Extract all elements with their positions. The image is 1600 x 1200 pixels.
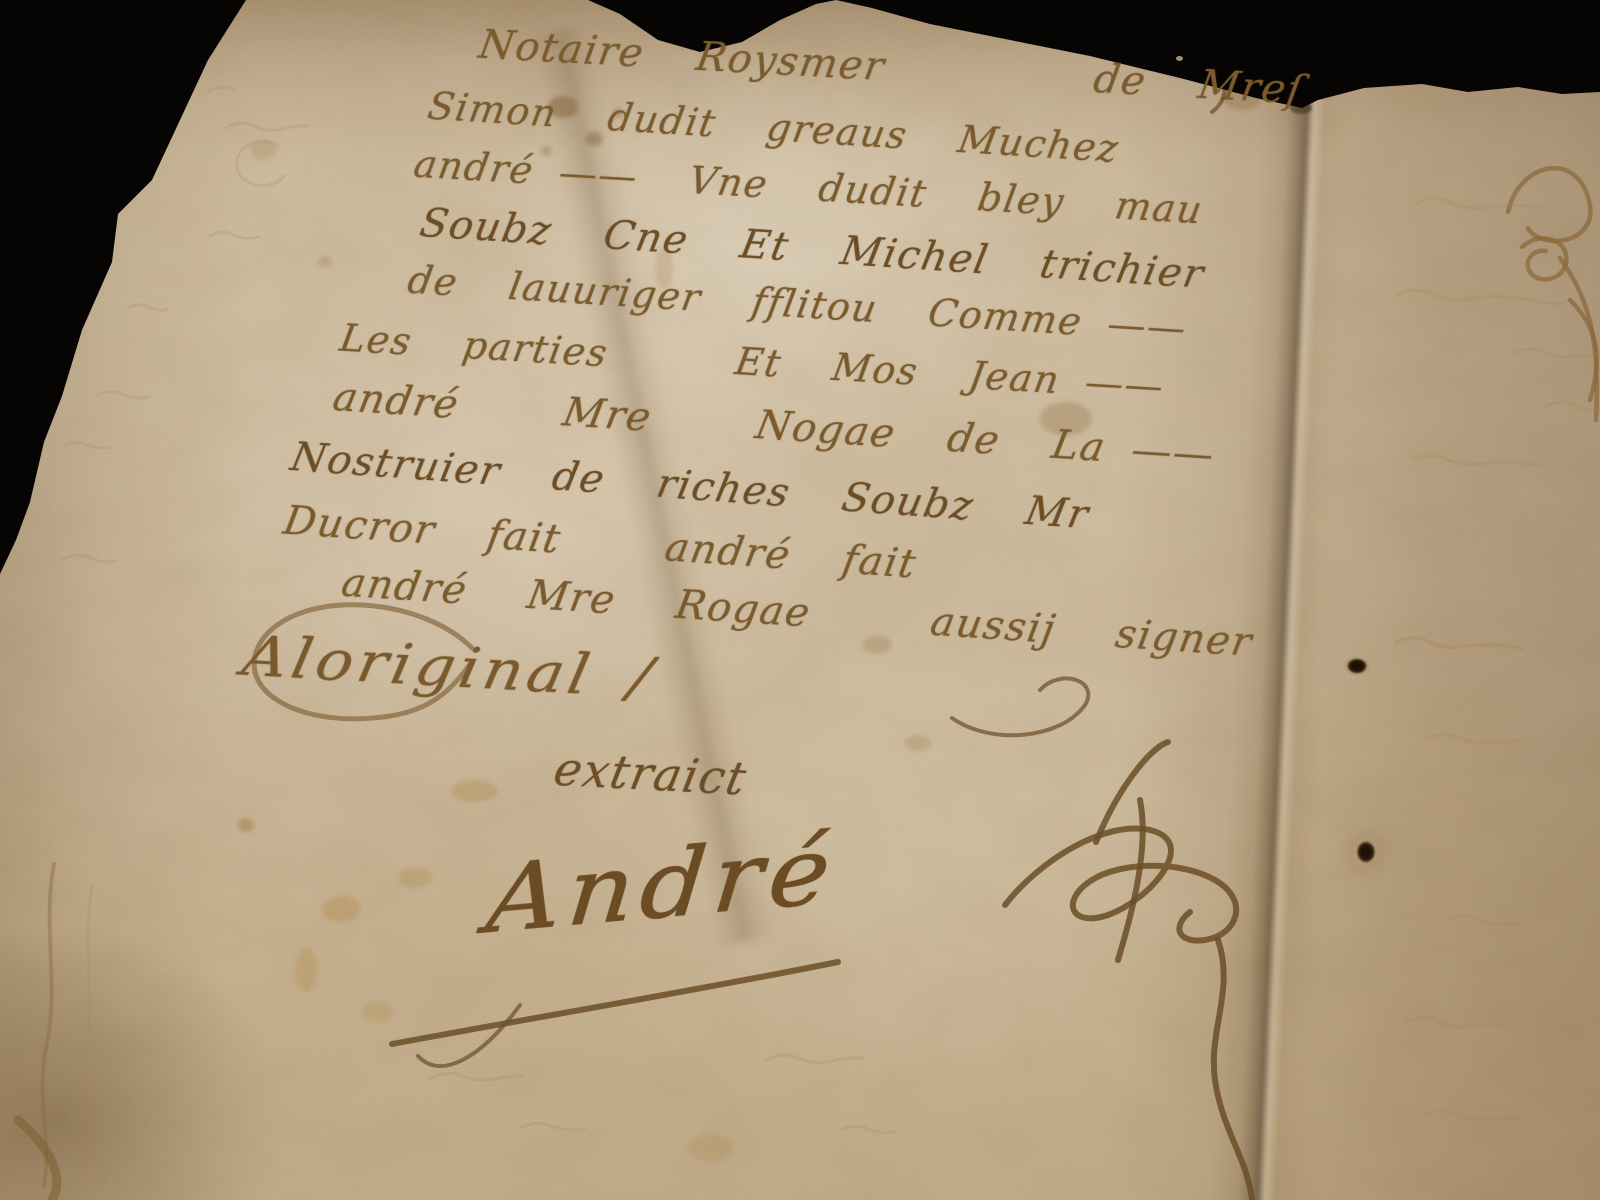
fold-crease-center [529, 24, 777, 948]
foxing-stain [318, 256, 332, 268]
ink-stain [1222, 84, 1262, 110]
paper-mottling-texture [0, 0, 1600, 1200]
ink-stain [612, 108, 624, 118]
wormhole [1354, 838, 1378, 866]
foxing-stain [295, 948, 317, 992]
ink-stain [585, 132, 603, 146]
foxing-stain [250, 140, 276, 160]
foxing-stain [362, 1002, 392, 1022]
foxing-stain [688, 1134, 732, 1162]
foxing-stain [905, 735, 931, 751]
foxing-stain [322, 896, 360, 922]
ink-stain [1040, 402, 1092, 436]
paper-fiber-texture [0, 0, 1600, 1200]
fold-crease-right [1210, 86, 1351, 1200]
manuscript-page [0, 0, 1600, 1200]
foxing-stain [655, 248, 673, 288]
ink-stain [862, 636, 892, 654]
wormhole [1344, 656, 1370, 676]
foxing-stain [452, 780, 498, 802]
edge-notch [1290, 102, 1312, 114]
ink-stain [540, 146, 552, 156]
ink-stain [238, 818, 254, 832]
ink-stain [548, 96, 578, 118]
foxing-stain [398, 868, 432, 888]
photo-stage: Notaire Roysmer de Mreſ Simon dudit grea… [0, 0, 1600, 1200]
dust-speck [1176, 56, 1183, 61]
